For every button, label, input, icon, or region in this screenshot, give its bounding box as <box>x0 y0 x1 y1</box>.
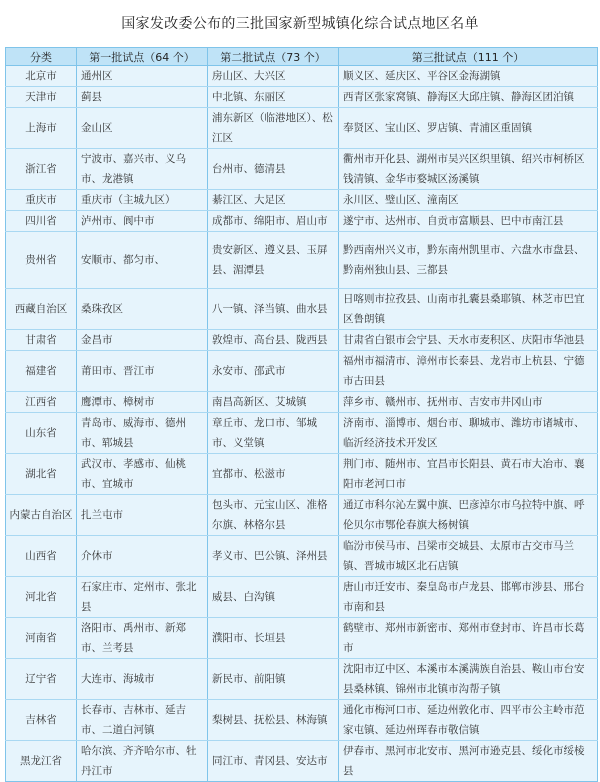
table-row: 福建省莆田市、晋江市永安市、邵武市福州市福清市、漳州市长泰县、龙岩市上杭县、宁德… <box>6 351 598 392</box>
cell-region: 吉林省 <box>6 700 77 741</box>
cell-batch3: 永川区、璧山区、潼南区 <box>339 190 598 211</box>
table-row: 内蒙古自治区扎兰屯市包头市、元宝山区、准格尔旗、林格尔县通辽市科尔沁左翼中旗、巴… <box>6 495 598 536</box>
pilot-regions-table-container: 分类 第一批试点（64 个） 第二批试点（73 个） 第三批试点（111 个） … <box>5 47 597 750</box>
cell-batch1: 介休市 <box>77 536 208 577</box>
cell-batch1: 安顺市、都匀市、 <box>77 232 208 289</box>
header-batch2: 第二批试点（73 个） <box>208 48 339 66</box>
cell-region: 湖北省 <box>6 454 77 495</box>
cell-batch2: 梨树县、抚松县、林海镇 <box>208 700 339 741</box>
cell-batch3: 甘肃省白银市会宁县、天水市麦积区、庆阳市华池县 <box>339 330 598 351</box>
cell-batch1: 重庆市（主城九区） <box>77 190 208 211</box>
table-row: 天津市蓟县中北镇、东丽区西青区张家窝镇、静海区大邱庄镇、静海区团泊镇 <box>6 87 598 108</box>
cell-batch3: 日喀则市拉孜县、山南市扎囊县桑耶镇、林芝市巴宜区鲁朗镇 <box>339 289 598 330</box>
cell-region: 山东省 <box>6 413 77 454</box>
cell-batch1: 金昌市 <box>77 330 208 351</box>
cell-region: 河北省 <box>6 577 77 618</box>
cell-batch3: 顺义区、延庆区、平谷区金海湖镇 <box>339 66 598 87</box>
cell-batch2: 贵安新区、遵义县、玉屏县、湄潭县 <box>208 232 339 289</box>
cell-batch3: 沈阳市辽中区、本溪市本溪满族自治县、鞍山市台安县桑林镇、锦州市北镇市沟帮子镇 <box>339 659 598 700</box>
cell-batch1: 金山区 <box>77 108 208 149</box>
table-row: 山西省介休市孝义市、巴公镇、泽州县临汾市侯马市、吕梁市交城县、太原市古交市马兰镇… <box>6 536 598 577</box>
cell-batch3: 黔西南州兴义市，黔东南州凯里市、六盘水市盘县、黔南州独山县、三都县 <box>339 232 598 289</box>
cell-batch3: 西青区张家窝镇、静海区大邱庄镇、静海区团泊镇 <box>339 87 598 108</box>
table-row: 山东省青岛市、威海市、德州市、郓城县章丘市、龙口市、邹城市、义堂镇济南市、淄博市… <box>6 413 598 454</box>
table-row: 黑龙江省哈尔滨、齐齐哈尔市、牡丹江市同江市、青冈县、安达市伊春市、黑河市北安市、… <box>6 741 598 751</box>
table-row: 上海市金山区浦东新区（临港地区）、松江区奉贤区、宝山区、罗店镇、青浦区重固镇 <box>6 108 598 149</box>
cell-region: 四川省 <box>6 211 77 232</box>
header-category: 分类 <box>6 48 77 66</box>
header-batch1: 第一批试点（64 个） <box>77 48 208 66</box>
cell-batch2: 浦东新区（临港地区）、松江区 <box>208 108 339 149</box>
cell-batch1: 石家庄市、定州市、张北县 <box>77 577 208 618</box>
cell-batch3: 奉贤区、宝山区、罗店镇、青浦区重固镇 <box>339 108 598 149</box>
cell-batch1: 大连市、海城市 <box>77 659 208 700</box>
cell-batch2: 新民市、前阳镇 <box>208 659 339 700</box>
page-title: 国家发改委公布的三批国家新型城镇化综合试点地区名单 <box>0 13 600 33</box>
table-row: 浙江省宁波市、嘉兴市、义乌市、龙港镇台州市、德清县衢州市开化县、湖州市吴兴区织里… <box>6 149 598 190</box>
cell-batch3: 临汾市侯马市、吕梁市交城县、太原市古交市马兰镇、晋城市城区北石店镇 <box>339 536 598 577</box>
cell-region: 天津市 <box>6 87 77 108</box>
cell-region: 北京市 <box>6 66 77 87</box>
cell-batch1: 青岛市、威海市、德州市、郓城县 <box>77 413 208 454</box>
cell-batch1: 蓟县 <box>77 87 208 108</box>
cell-region: 河南省 <box>6 618 77 659</box>
cell-batch3: 萍乡市、赣州市、抚州市、吉安市井冈山市 <box>339 392 598 413</box>
cell-batch1: 哈尔滨、齐齐哈尔市、牡丹江市 <box>77 741 208 751</box>
cell-batch2: 威县、白沟镇 <box>208 577 339 618</box>
cell-batch3: 通化市梅河口市、延边州敦化市、四平市公主岭市范家屯镇、延边州珲春市敬信镇 <box>339 700 598 741</box>
table-row: 贵州省安顺市、都匀市、贵安新区、遵义县、玉屏县、湄潭县黔西南州兴义市，黔东南州凯… <box>6 232 598 289</box>
cell-batch1: 武汉市、孝感市、仙桃市、宜城市 <box>77 454 208 495</box>
cell-region: 上海市 <box>6 108 77 149</box>
cell-batch1: 莆田市、晋江市 <box>77 351 208 392</box>
table-row: 重庆市重庆市（主城九区）綦江区、大足区永川区、璧山区、潼南区 <box>6 190 598 211</box>
cell-batch2: 中北镇、东丽区 <box>208 87 339 108</box>
cell-region: 内蒙古自治区 <box>6 495 77 536</box>
cell-batch1: 扎兰屯市 <box>77 495 208 536</box>
cell-batch1: 长春市、吉林市、延吉市、二道白河镇 <box>77 700 208 741</box>
cell-batch2: 綦江区、大足区 <box>208 190 339 211</box>
cell-batch3: 唐山市迁安市、秦皇岛市卢龙县、邯郸市涉县、邢台市南和县 <box>339 577 598 618</box>
table-row: 吉林省长春市、吉林市、延吉市、二道白河镇梨树县、抚松县、林海镇通化市梅河口市、延… <box>6 700 598 741</box>
cell-batch2: 宜都市、松滋市 <box>208 454 339 495</box>
cell-region: 浙江省 <box>6 149 77 190</box>
cell-batch3: 济南市、淄博市、烟台市、聊城市、潍坊市诸城市、临沂经济技术开发区 <box>339 413 598 454</box>
cell-batch3: 通辽市科尔沁左翼中旗、巴彦淖尔市乌拉特中旗、呼伦贝尔市鄂伦春旗大杨树镇 <box>339 495 598 536</box>
cell-region: 西藏自治区 <box>6 289 77 330</box>
cell-batch3: 福州市福清市、漳州市长泰县、龙岩市上杭县、宁德市古田县 <box>339 351 598 392</box>
cell-batch1: 鹰潭市、樟树市 <box>77 392 208 413</box>
table-header-row: 分类 第一批试点（64 个） 第二批试点（73 个） 第三批试点（111 个） <box>6 48 598 66</box>
cell-batch3: 鹤壁市、郑州市新密市、郑州市登封市、许昌市长葛市 <box>339 618 598 659</box>
cell-batch2: 孝义市、巴公镇、泽州县 <box>208 536 339 577</box>
table-row: 辽宁省大连市、海城市新民市、前阳镇沈阳市辽中区、本溪市本溪满族自治县、鞍山市台安… <box>6 659 598 700</box>
table-row: 甘肃省金昌市敦煌市、高台县、陇西县甘肃省白银市会宁县、天水市麦积区、庆阳市华池县 <box>6 330 598 351</box>
cell-region: 重庆市 <box>6 190 77 211</box>
cell-batch2: 房山区、大兴区 <box>208 66 339 87</box>
table-row: 北京市通州区房山区、大兴区顺义区、延庆区、平谷区金海湖镇 <box>6 66 598 87</box>
header-batch3: 第三批试点（111 个） <box>339 48 598 66</box>
cell-batch2: 包头市、元宝山区、准格尔旗、林格尔县 <box>208 495 339 536</box>
table-row: 西藏自治区桑珠孜区八一镇、泽当镇、曲水县日喀则市拉孜县、山南市扎囊县桑耶镇、林芝… <box>6 289 598 330</box>
cell-batch3: 衢州市开化县、湖州市吴兴区织里镇、绍兴市柯桥区钱清镇、金华市婺城区汤溪镇 <box>339 149 598 190</box>
cell-batch2: 八一镇、泽当镇、曲水县 <box>208 289 339 330</box>
cell-region: 黑龙江省 <box>6 741 77 751</box>
cell-region: 贵州省 <box>6 232 77 289</box>
cell-batch2: 同江市、青冈县、安达市 <box>208 741 339 751</box>
cell-batch2: 章丘市、龙口市、邹城市、义堂镇 <box>208 413 339 454</box>
cell-batch2: 台州市、德清县 <box>208 149 339 190</box>
table-body: 北京市通州区房山区、大兴区顺义区、延庆区、平谷区金海湖镇天津市蓟县中北镇、东丽区… <box>6 66 598 751</box>
pilot-regions-table: 分类 第一批试点（64 个） 第二批试点（73 个） 第三批试点（111 个） … <box>5 47 598 750</box>
cell-region: 辽宁省 <box>6 659 77 700</box>
cell-region: 甘肃省 <box>6 330 77 351</box>
table-row: 江西省鹰潭市、樟树市南昌高新区、艾城镇萍乡市、赣州市、抚州市、吉安市井冈山市 <box>6 392 598 413</box>
cell-batch1: 桑珠孜区 <box>77 289 208 330</box>
cell-batch2: 永安市、邵武市 <box>208 351 339 392</box>
table-row: 四川省泸州市、阆中市成都市、绵阳市、眉山市遂宁市、达州市、自贡市富顺县、巴中市南… <box>6 211 598 232</box>
cell-batch3: 遂宁市、达州市、自贡市富顺县、巴中市南江县 <box>339 211 598 232</box>
cell-batch2: 濮阳市、长垣县 <box>208 618 339 659</box>
cell-region: 江西省 <box>6 392 77 413</box>
cell-batch3: 伊春市、黑河市北安市、黑河市逊克县、绥化市绥棱县 <box>339 741 598 751</box>
table-row: 河南省洛阳市、禹州市、新郑市、兰考县濮阳市、长垣县鹤壁市、郑州市新密市、郑州市登… <box>6 618 598 659</box>
cell-region: 福建省 <box>6 351 77 392</box>
cell-batch2: 成都市、绵阳市、眉山市 <box>208 211 339 232</box>
table-row: 河北省石家庄市、定州市、张北县威县、白沟镇唐山市迁安市、秦皇岛市卢龙县、邯郸市涉… <box>6 577 598 618</box>
cell-batch1: 泸州市、阆中市 <box>77 211 208 232</box>
cell-region: 山西省 <box>6 536 77 577</box>
cell-batch1: 通州区 <box>77 66 208 87</box>
cell-batch1: 宁波市、嘉兴市、义乌市、龙港镇 <box>77 149 208 190</box>
table-row: 湖北省武汉市、孝感市、仙桃市、宜城市宜都市、松滋市荆门市、随州市、宜昌市长阳县、… <box>6 454 598 495</box>
cell-batch1: 洛阳市、禹州市、新郑市、兰考县 <box>77 618 208 659</box>
cell-batch3: 荆门市、随州市、宜昌市长阳县、黄石市大冶市、襄阳市老河口市 <box>339 454 598 495</box>
cell-batch2: 敦煌市、高台县、陇西县 <box>208 330 339 351</box>
cell-batch2: 南昌高新区、艾城镇 <box>208 392 339 413</box>
